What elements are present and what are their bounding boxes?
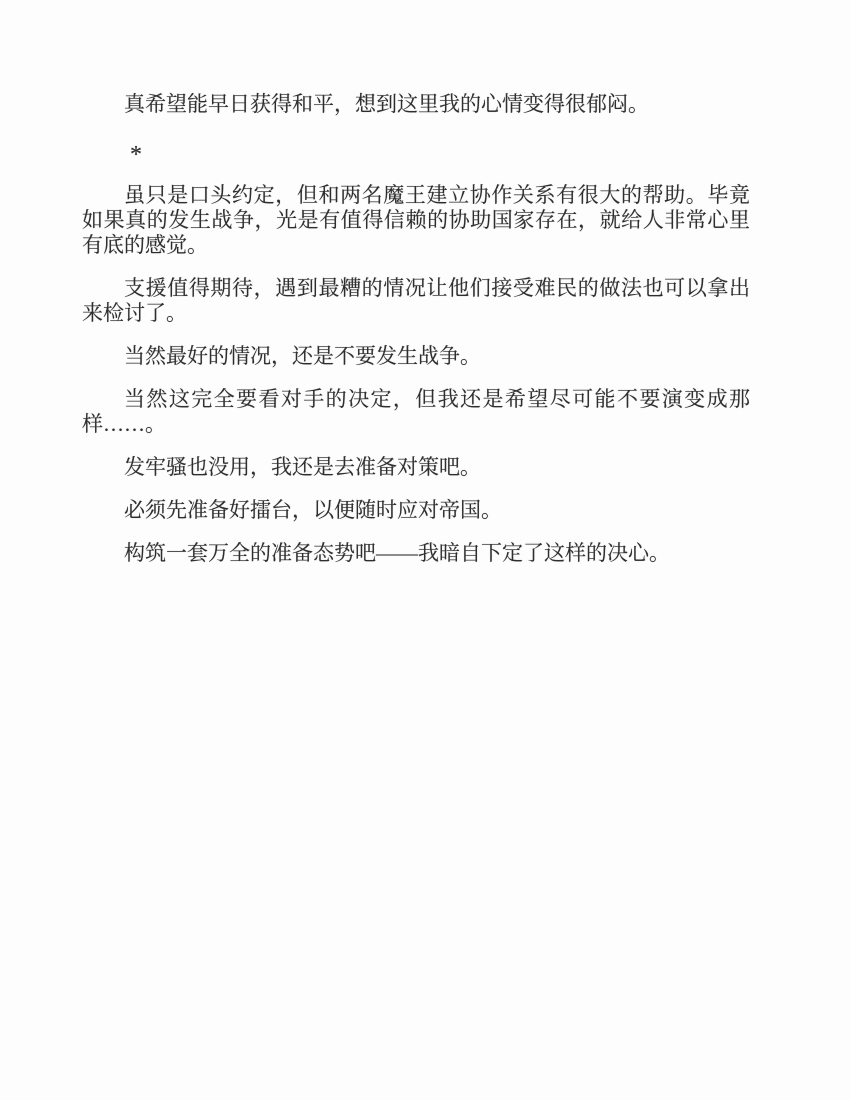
- paragraph-1: 真希望能早日获得和平，想到这里我的心情变得很郁闷。: [82, 92, 750, 117]
- section-separator-asterisk: *: [82, 143, 750, 168]
- paragraph-8: 构筑一套万全的准备态势吧——我暗自下定了这样的决心。: [82, 541, 750, 566]
- ebook-page: 真希望能早日获得和平，想到这里我的心情变得很郁闷。 * 虽只是口头约定，但和两名…: [0, 0, 850, 1100]
- paragraph-7: 必须先准备好擂台，以便随时应对帝国。: [82, 498, 750, 523]
- paragraph-6: 发牢骚也没用，我还是去准备对策吧。: [82, 455, 750, 480]
- paragraph-4: 当然最好的情况，还是不要发生战争。: [82, 344, 750, 369]
- paragraph-2: 虽只是口头约定，但和两名魔王建立协作关系有很大的帮助。毕竟如果真的发生战争，光是…: [82, 183, 750, 258]
- paragraph-5: 当然这完全要看对手的决定，但我还是希望尽可能不要演变成那样……。: [82, 387, 750, 437]
- paragraph-3: 支援值得期待，遇到最糟的情况让他们接受难民的做法也可以拿出来检讨了。: [82, 276, 750, 326]
